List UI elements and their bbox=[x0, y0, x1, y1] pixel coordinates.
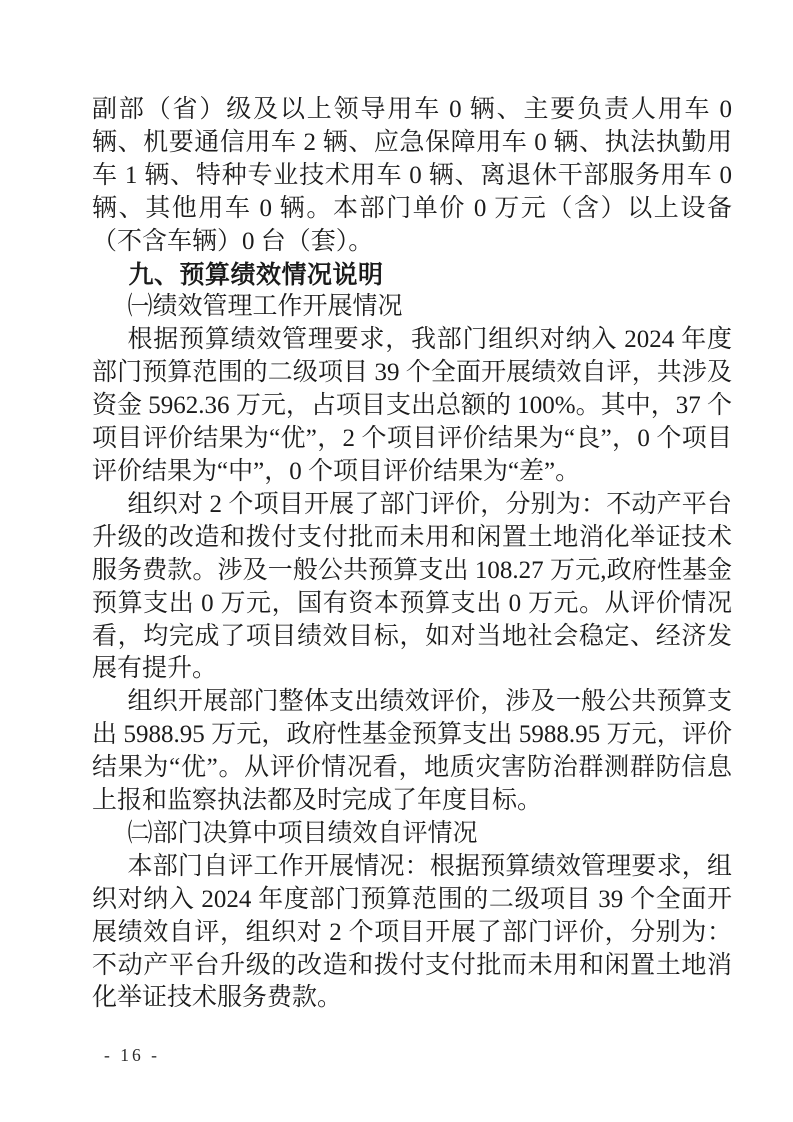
paragraph-self-evaluation-work: 本部门自评工作开展情况：根据预算绩效管理要求，组织对纳入 2024 年度部门预算… bbox=[92, 851, 732, 1016]
subsection-heading-performance-management: ㈠绩效管理工作开展情况 bbox=[92, 291, 732, 324]
paragraph-overall-expenditure-evaluation: 组织开展部门整体支出绩效评价，涉及一般公共预算支出 5988.95 万元，政府性… bbox=[92, 686, 732, 818]
document-page: 副部（省）级及以上领导用车 0 辆、主要负责人用车 0 辆、机要通信用车 2 辆… bbox=[0, 0, 793, 1122]
paragraph-department-evaluation-projects: 组织对 2 个项目开展了部门评价，分别为：不动产平台升级的改造和拨付支付批而未用… bbox=[92, 489, 732, 686]
document-body: 副部（省）级及以上领导用车 0 辆、主要负责人用车 0 辆、机要通信用车 2 辆… bbox=[92, 94, 732, 1015]
paragraph-self-evaluation-results: 根据预算绩效管理要求，我部门组织对纳入 2024 年度部门预算范围的二级项目 3… bbox=[92, 324, 732, 489]
paragraph-vehicle-equipment-counts: 副部（省）级及以上领导用车 0 辆、主要负责人用车 0 辆、机要通信用车 2 辆… bbox=[92, 94, 732, 259]
section-heading-budget-performance: 九、预算绩效情况说明 bbox=[92, 259, 732, 292]
page-number: - 16 - bbox=[104, 1045, 160, 1066]
subsection-heading-final-accounts-self-evaluation: ㈡部门决算中项目绩效自评情况 bbox=[92, 818, 732, 851]
